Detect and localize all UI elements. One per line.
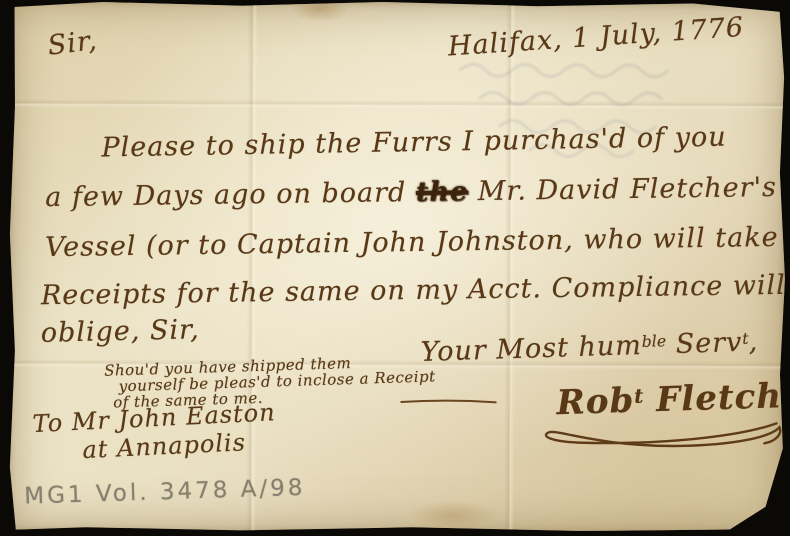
fold-crease-vertical-left xyxy=(246,1,258,531)
body-line-5: oblige, Sir, xyxy=(40,315,200,348)
body-line-3: Vessel (or to Captain John Johnston, who… xyxy=(45,223,779,263)
salutation: Sir, xyxy=(46,26,99,61)
address-line-2: at Annapolis xyxy=(82,429,247,463)
body-line-2-pre: a few Days ago on board xyxy=(45,177,416,213)
signature-flourish xyxy=(538,418,784,453)
body-line-2-post: Mr. David Fletcher's xyxy=(468,172,777,207)
body-line-4: Receipts for the same on my Acct. Compli… xyxy=(41,271,786,311)
letter-paper: Halifax, 1 July, 1776 Sir, Please to shi… xyxy=(8,1,786,534)
signature-rest: Fletcher xyxy=(643,375,790,421)
closing-mid: Serv xyxy=(666,327,743,360)
struck-out-word: the xyxy=(416,176,469,208)
signature-pre: Rob xyxy=(556,381,635,423)
body-line-2: a few Days ago on board the Mr. David Fl… xyxy=(45,173,777,213)
stain-top xyxy=(290,0,350,22)
photograph-backdrop: Halifax, 1 July, 1776 Sir, Please to shi… xyxy=(0,0,790,536)
closing-superscript-ble: ble xyxy=(641,331,666,351)
closing-comma: , xyxy=(748,326,759,357)
archival-reference-mark: MG1 Vol. 3478 A/98 xyxy=(24,475,306,510)
stain-bottom xyxy=(408,500,498,530)
signature: Robt Fletcher xyxy=(556,377,790,423)
